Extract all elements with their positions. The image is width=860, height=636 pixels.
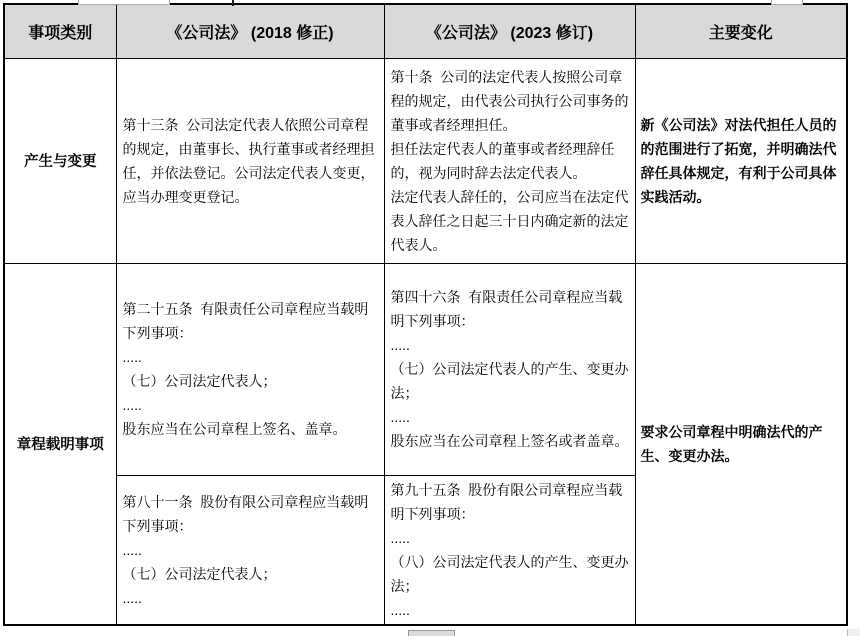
cell-category-creation-change: 产生与变更 bbox=[4, 58, 116, 263]
table-header-row: 事项类别 《公司法》 (2018 修正) 《公司法》 (2023 修订) 主要变… bbox=[4, 4, 847, 58]
header-cell-law-2023: 《公司法》 (2023 修订) bbox=[384, 4, 635, 58]
cell-category-articles-of-association: 章程载明事项 bbox=[4, 263, 116, 625]
document-page: 事项类别 《公司法》 (2018 修正) 《公司法》 (2023 修订) 主要变… bbox=[0, 0, 860, 636]
cell-law2018-article25: 第二十五条 有限责任公司章程应当载明下列事项： ..... （七）公司法定代表人… bbox=[116, 263, 384, 475]
table-row-articles-of-association-1: 章程载明事项 第二十五条 有限责任公司章程应当载明下列事项： ..... （七）… bbox=[4, 263, 847, 475]
cell-law2018-article13: 第十三条 公司法定代表人依照公司章程的规定，由董事长、执行董事或者经理担任，并依… bbox=[116, 58, 384, 263]
header-cell-law-2018: 《公司法》 (2018 修正) bbox=[116, 4, 384, 58]
table-row-creation-change: 产生与变更 第十三条 公司法定代表人依照公司章程的规定，由董事长、执行董事或者经… bbox=[4, 58, 847, 263]
cell-changes-articles-of-association: 要求公司章程中明确法代的产生、变更办法。 bbox=[635, 263, 847, 625]
cell-changes-creation-change: 新《公司法》对法代担任人员的的范围进行了拓宽，并明确法代辞任具体规定，有利于公司… bbox=[635, 58, 847, 263]
ui-artifact-top-left-box bbox=[78, 0, 170, 5]
cell-law2023-article95: 第九十五条 股份有限公司章程应当载明下列事项： ..... （八）公司法定代表人… bbox=[384, 475, 635, 625]
ui-artifact-top-tick bbox=[232, 0, 234, 6]
cell-law2018-article81: 第八十一条 股份有限公司章程应当载明下列事项： ..... （七）公司法定代表人… bbox=[116, 475, 384, 625]
ui-artifact-bottom-box bbox=[408, 630, 455, 636]
cell-law2023-article46: 第四十六条 有限责任公司章程应当载明下列事项： ..... （七）公司法定代表人… bbox=[384, 263, 635, 475]
cell-law2023-article10: 第十条 公司的法定代表人按照公司章程的规定，由代表公司执行公司事务的董事或者经理… bbox=[384, 58, 635, 263]
ui-artifact-top-right-box bbox=[771, 0, 803, 5]
header-cell-changes: 主要变化 bbox=[635, 4, 847, 58]
ui-artifact-bottom-right-box bbox=[847, 629, 860, 636]
law-comparison-table: 事项类别 《公司法》 (2018 修正) 《公司法》 (2023 修订) 主要变… bbox=[3, 3, 848, 626]
header-cell-category: 事项类别 bbox=[4, 4, 116, 58]
